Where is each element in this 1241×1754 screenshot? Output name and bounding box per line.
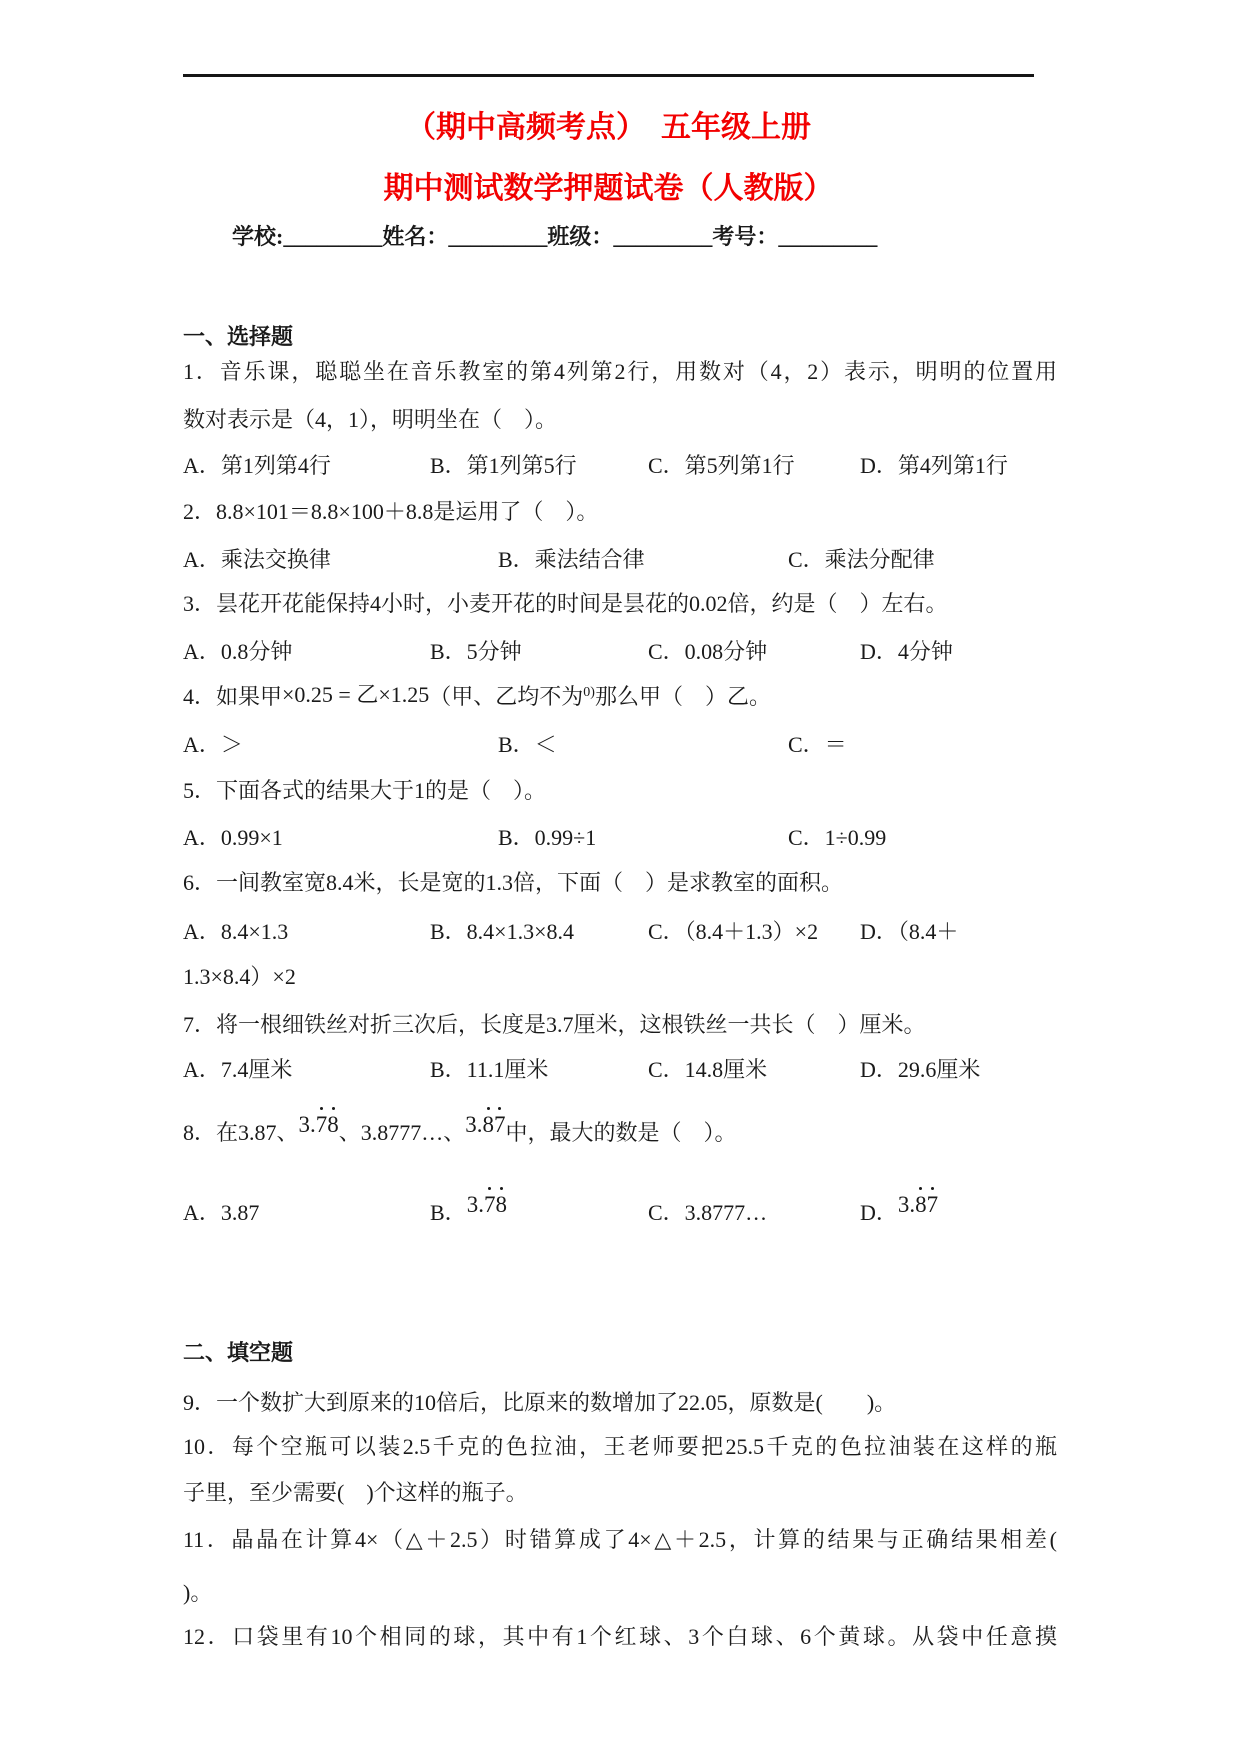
q11-text-line1: 11．晶晶在计算4×（△＋2.5）时错算成了4×△＋2.5，计算的结果与正确结果… [183, 1525, 1057, 1555]
q2-options-row: A．乘法交换律 B．乘法结合律 C．乘法分配律 [183, 545, 1057, 575]
q8-options-row: A．3.87 B．3.78 C．3.8777… D．3.87 [183, 1198, 1057, 1228]
school-blank: _________ [283, 224, 382, 249]
q1-option-b: B．第1列第5行 [430, 451, 648, 481]
q8-option-a: A．3.87 [183, 1198, 430, 1228]
q8-text-post: 中，最大的数是（ ）。 [506, 1120, 737, 1145]
q7-options-row: A．7.4厘米 B．11.1厘米 C．14.8厘米 D．29.6厘米 [183, 1055, 1057, 1085]
q6-option-b: B．8.4×1.3×8.4 [430, 917, 648, 947]
page-title-line1: （期中高频考点） 五年级上册 [183, 110, 1034, 146]
q3-option-a: A．0.8分钟 [183, 637, 430, 667]
q8-text: 8．在3.87、3.78、3.8777…、3.87中，最大的数是（ ）。 [183, 1118, 1057, 1148]
q5-option-b: B．0.99÷1 [498, 823, 788, 853]
q1-option-a: A．第1列第4行 [183, 451, 430, 481]
q8-text-pre: 8．在3.87、 [183, 1120, 299, 1145]
q3-text: 3．昙花开花能保持4小时，小麦开花的时间是昙花的0.02倍，约是（ ）左右。 [183, 589, 1057, 619]
q8-option-d: D．3.87 [860, 1198, 938, 1228]
q4-text-post: 那么甲（ ）乙。 [595, 684, 771, 709]
q6-option-a: A．8.4×1.3 [183, 917, 430, 947]
q5-text: 5．下面各式的结果大于1的是（ ）。 [183, 776, 1057, 806]
q4-superscript-zero: 0) [583, 685, 595, 700]
q6-option-d: D．（8.4＋ [860, 917, 958, 947]
q7-option-b: B．11.1厘米 [430, 1055, 648, 1085]
q9-text: 9．一个数扩大到原来的10倍后，比原来的数增加了22.05，原数是( )。 [183, 1388, 1057, 1418]
q3-option-c: C．0.08分钟 [648, 637, 860, 667]
q6-options-row: A．8.4×1.3 B．8.4×1.3×8.4 C．（8.4＋1.3）×2 D．… [183, 917, 1057, 947]
q2-option-c: C．乘法分配律 [788, 545, 935, 575]
q4-text: 4．如果甲×0.25 = 乙×1.25（甲、乙均不为0)那么甲（ ）乙。 [183, 682, 1057, 716]
q8-option-b-repeating-decimal: 3.78 [467, 1193, 507, 1216]
q7-text: 7．将一根细铁丝对折三次后，长度是3.7厘米，这根铁丝一共长（ ）厘米。 [183, 1010, 1057, 1040]
section2-heading: 二、填空题 [183, 1338, 1057, 1368]
q10-text-line1: 10．每个空瓶可以装2.5千克的色拉油，王老师要把25.5千克的色拉油装在这样的… [183, 1432, 1057, 1462]
q6-text: 6．一间教室宽8.4米，长是宽的1.3倍，下面（ ）是求教室的面积。 [183, 868, 1057, 898]
q8-option-b: B．3.78 [430, 1198, 648, 1228]
q7-option-d: D．29.6厘米 [860, 1055, 980, 1085]
q5-option-a: A．0.99×1 [183, 823, 498, 853]
exam-no-blank: _________ [778, 224, 877, 249]
q1-option-c: C．第5列第1行 [648, 451, 860, 481]
q4-text-pre: 4．如果甲 [183, 684, 282, 709]
q2-option-b: B．乘法结合律 [498, 545, 788, 575]
student-info-line: 学校:_________姓名：_________班级：_________考号：_… [232, 222, 1132, 252]
q2-option-a: A．乘法交换律 [183, 545, 498, 575]
q1-option-d: D．第4列第1行 [860, 451, 1008, 481]
q4-options-row: A．＞ B．＜ C．＝ [183, 730, 1057, 760]
q1-text-line2: 数对表示是（4，1），明明坐在（ ）。 [183, 405, 1057, 435]
page-title-line2: 期中测试数学押题试卷（人教版） [183, 171, 1034, 207]
q7-option-a: A．7.4厘米 [183, 1055, 430, 1085]
q8-repeating-decimal-387: 3.87 [465, 1113, 505, 1136]
q4-equation: ×0.25 = 乙×1.25 [282, 682, 429, 707]
section1-heading: 一、选择题 [183, 322, 1057, 352]
name-blank: _________ [448, 224, 547, 249]
q4-option-b: B．＜ [498, 730, 788, 760]
q2-text: 2．8.8×101＝8.8×100＋8.8是运用了（ ）。 [183, 497, 1057, 527]
q4-text-mid: （甲、乙均不为 [429, 684, 583, 709]
class-blank: _________ [613, 224, 712, 249]
q5-options-row: A．0.99×1 B．0.99÷1 C．1÷0.99 [183, 823, 1057, 853]
q4-option-a: A．＞ [183, 730, 498, 760]
header-rule [183, 74, 1034, 77]
q1-text-line1: 1．音乐课，聪聪坐在音乐教室的第4列第2行，用数对（4，2）表示，明明的位置用 [183, 357, 1057, 387]
exam-no-label: 考号： [712, 224, 778, 249]
q7-option-c: C．14.8厘米 [648, 1055, 860, 1085]
q6-option-d-continuation: 1.3×8.4）×2 [183, 962, 1057, 992]
exam-paper-page: （期中高频考点） 五年级上册 期中测试数学押题试卷（人教版） 学校:______… [0, 0, 1241, 1754]
q11-text-line2: )。 [183, 1578, 1057, 1608]
q3-option-b: B．5分钟 [430, 637, 648, 667]
q6-option-c: C．（8.4＋1.3）×2 [648, 917, 860, 947]
q8-option-d-repeating-decimal: 3.87 [898, 1193, 938, 1216]
name-label: 姓名： [382, 224, 448, 249]
q10-text-line2: 子里，至少需要( )个这样的瓶子。 [183, 1478, 1057, 1508]
class-label: 班级： [547, 224, 613, 249]
q8-option-c: C．3.8777… [648, 1198, 860, 1228]
q3-option-d: D．4分钟 [860, 637, 953, 667]
q1-options-row: A．第1列第4行 B．第1列第5行 C．第5列第1行 D．第4列第1行 [183, 451, 1057, 481]
q4-option-c: C．＝ [788, 730, 847, 760]
q5-option-c: C．1÷0.99 [788, 823, 886, 853]
q12-text: 12．口袋里有10个相同的球，其中有1个红球、3个白球、6个黄球。从袋中任意摸 [183, 1622, 1057, 1652]
q8-repeating-decimal-378: 3.78 [299, 1113, 339, 1136]
q3-options-row: A．0.8分钟 B．5分钟 C．0.08分钟 D．4分钟 [183, 637, 1057, 667]
school-label: 学校: [232, 224, 283, 249]
q8-text-mid: 、3.8777…、 [339, 1120, 466, 1145]
